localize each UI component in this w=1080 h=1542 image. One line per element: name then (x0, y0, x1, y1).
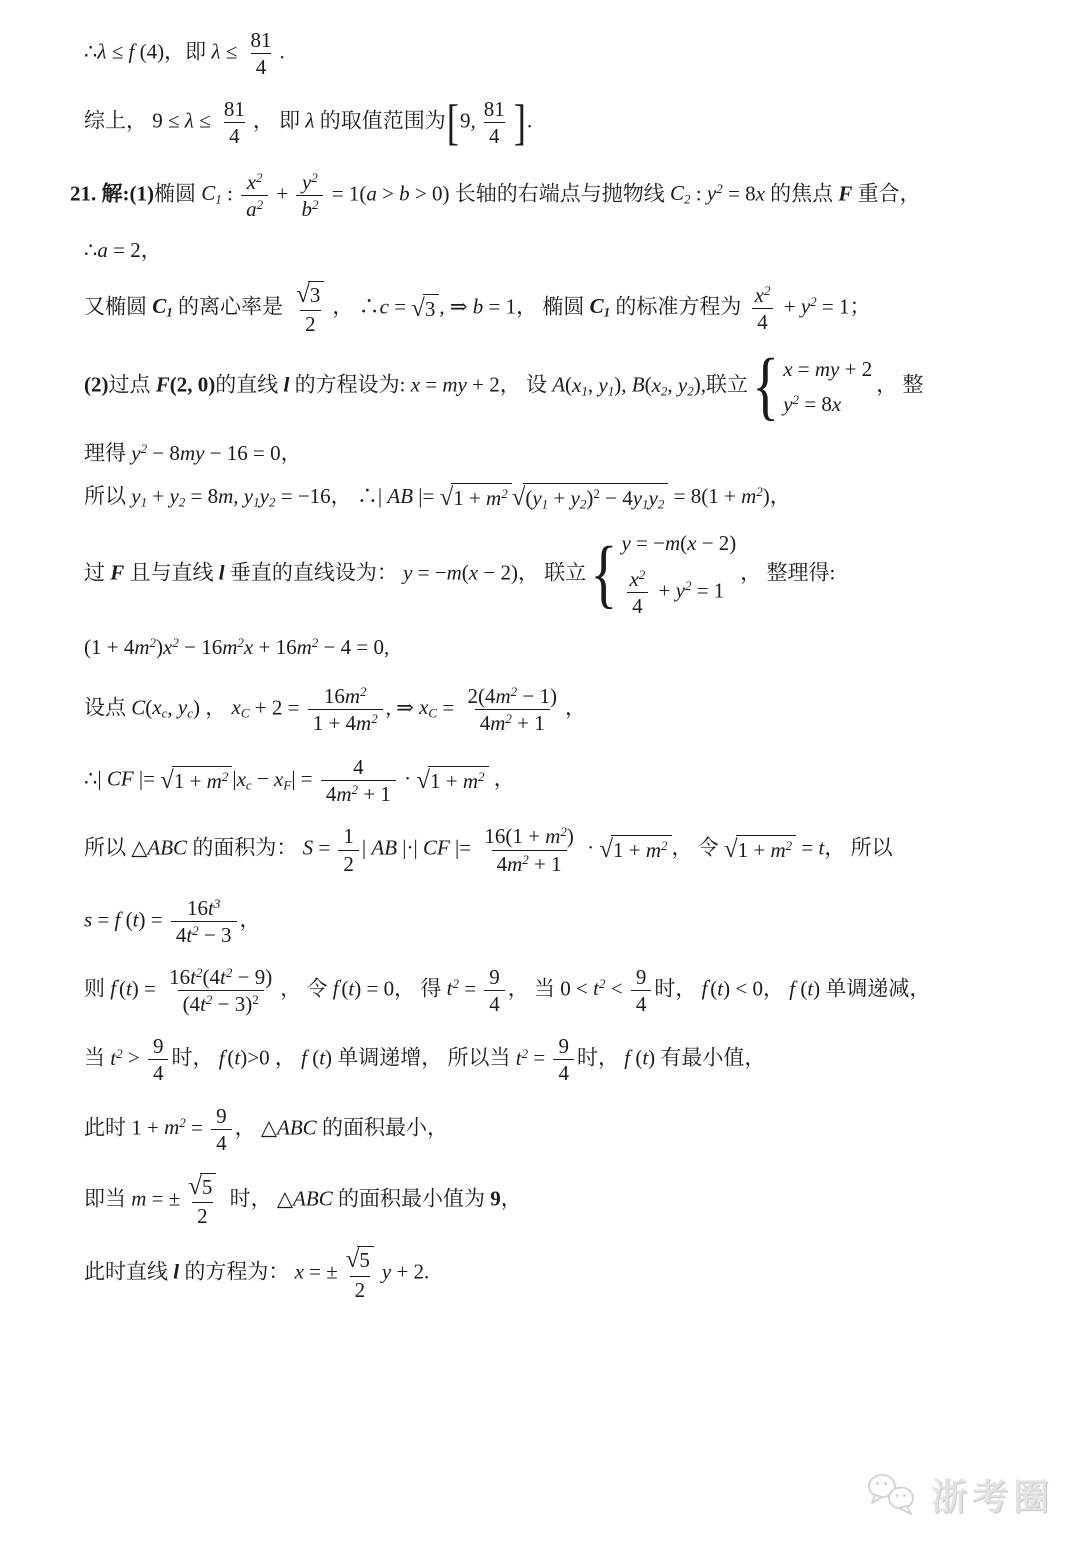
math-text: . (527, 109, 532, 133)
math-line-8: 所以 y1 + y2 = 8m, y1y2 = −16， ∴| AB |= √1… (84, 482, 1032, 514)
radicand: 1 + m2 (611, 835, 672, 864)
numerator: 9 (211, 1104, 232, 1129)
equation-row: x = my + 2 (783, 356, 872, 383)
math-line-14: s = f (t) = 16t34t2 − 3， (84, 894, 1032, 949)
math-text: + 2. (391, 1260, 429, 1284)
math-text: − 16 (179, 635, 222, 659)
math-text: ∴ (84, 39, 97, 63)
equation-row: y = −m(x − 2) (621, 530, 736, 557)
math-text: = (793, 357, 815, 381)
radicand: 3 (308, 281, 325, 307)
math-text: y2 (801, 294, 817, 318)
watermark: 浙考圈 (865, 1469, 1054, 1520)
math-text: ， (501, 1186, 522, 1210)
math-text: 1 + (613, 838, 646, 862)
math-text: 时， △ (224, 1186, 293, 1210)
math-text: 1 + (453, 486, 486, 510)
math-text: y2 (169, 484, 185, 508)
math-text: C1 (201, 181, 222, 205)
radicand: 1 + m2 (428, 766, 489, 795)
math-text: t2 (200, 992, 212, 1016)
math-text: ， 当 0 < (508, 976, 593, 1000)
math-text: + (271, 181, 293, 205)
math-text: = (528, 1046, 550, 1070)
math-text: x (756, 181, 765, 205)
math-text: + 1 (358, 782, 391, 806)
math-text: 当 (84, 1046, 110, 1070)
math-text: 的离心率是 (173, 294, 289, 318)
math-text: ∴| (84, 767, 107, 791)
radicand: 3 (423, 294, 440, 323)
math-line-12: ∴| CF |= √1 + m2|xc − xF| = 44m2 + 1 · √… (84, 753, 1032, 808)
superscript: 2 (661, 838, 668, 853)
math-text: ) (156, 635, 163, 659)
denominator: 4 (484, 122, 505, 148)
math-text: m2 (495, 684, 517, 708)
square-root: √1 + m2 (724, 834, 796, 866)
math-text: x1 (572, 373, 588, 397)
math-text: = (186, 1115, 208, 1139)
math-text: ( (307, 1046, 319, 1070)
math-text: F (838, 181, 852, 205)
math-text: y2 (649, 486, 665, 510)
math-text: − (252, 767, 274, 791)
denominator: a2 (241, 195, 268, 221)
denominator: 4 (148, 1059, 169, 1085)
math-text: x (244, 635, 253, 659)
math-text: : (691, 181, 707, 205)
math-text: + (147, 484, 169, 508)
math-text: C1 (590, 294, 611, 318)
math-text: y1 (532, 486, 548, 510)
math-text: t2 (516, 1046, 528, 1070)
math-text: λ (185, 109, 194, 133)
denominator: 4m2 + 1 (492, 850, 567, 876)
math-text: = (796, 836, 818, 860)
math-text: 椭圆 (154, 181, 201, 205)
math-text: y (382, 1260, 391, 1284)
math-text: 过 (84, 561, 110, 585)
math-text: > (377, 181, 399, 205)
math-text: my (815, 357, 840, 381)
math-text: + 1 (512, 711, 545, 735)
math-text: = (420, 373, 442, 397)
numerator: x2 (624, 567, 650, 592)
math-text: , (588, 373, 599, 397)
math-text: 9 (153, 1034, 164, 1058)
superscript: 2 (639, 566, 646, 581)
math-line-13: 所以 △ABC 的面积为： S = 12| AB |·| CF |= 16(1 … (84, 822, 1032, 877)
math-text: m2 (297, 635, 319, 659)
math-text: 4 (632, 594, 643, 618)
math-text: ABC (293, 1186, 333, 1210)
math-text: 2 (355, 1278, 366, 1302)
math-text: 4 (480, 711, 491, 735)
math-text: 4 (229, 124, 240, 148)
math-line-15: 则 f′(t) = 16t2(4t2 − 9)(4t2 − 3)2， 令 f′(… (84, 963, 1032, 1018)
fraction: 814 (479, 97, 510, 148)
math-text: = − (631, 531, 665, 555)
math-text: 时， (654, 976, 701, 1000)
math-text: 9 (216, 1104, 227, 1128)
math-text: ， 所以 (824, 836, 892, 860)
math-text: x (469, 561, 478, 585)
superscript: 2 (222, 769, 229, 784)
math-text: ) 有最小值， (648, 1046, 765, 1070)
big-bracket: [ (447, 98, 459, 148)
math-text: c (380, 294, 389, 318)
math-text: ≤ (220, 39, 242, 63)
math-text: 4 (256, 55, 267, 79)
math-text: A (552, 373, 565, 397)
math-text: y1 (244, 484, 260, 508)
math-text: 的方程设为: (289, 373, 410, 397)
math-text: ) 单调递减， (813, 976, 930, 1000)
math-text: (4 (203, 965, 221, 989)
equation-row: y2 = 8x (783, 391, 841, 418)
math-text: xC (231, 695, 249, 719)
math-text: 且与直线 (124, 561, 219, 585)
math-text: − 2) (696, 531, 736, 555)
math-text: 的标准方程为 (610, 294, 747, 318)
math-text: y2 (302, 170, 318, 194)
math-text: | (362, 836, 371, 860)
math-text: 81 (224, 97, 245, 121)
math-text: |= (134, 767, 161, 791)
math-text: x (411, 373, 420, 397)
math-text: |= (413, 484, 440, 508)
math-text: t2 (190, 965, 202, 989)
math-text: 时， (171, 1046, 218, 1070)
math-line-2: 综上， 9 ≤ λ ≤ 814， 即 λ 的取值范围为[9,814]. (84, 95, 1032, 150)
math-text: + (548, 486, 570, 510)
math-text: 4 (489, 992, 500, 1016)
math-text: ) = (132, 976, 161, 1000)
math-text: y1 (598, 373, 614, 397)
math-text: ( (462, 561, 469, 585)
wechat-chat-bubbles-icon (865, 1472, 921, 1518)
math-text: ) 单调递增， 所以当 (325, 1046, 516, 1070)
math-text: 16 (187, 896, 208, 920)
equation-rows: x = my + 2y2 = 8x (783, 356, 872, 418)
math-text: = (437, 695, 459, 719)
math-text: ， 整理得: (740, 561, 835, 585)
math-text: y1 (131, 484, 147, 508)
math-text: m (665, 531, 680, 555)
square-root: √1 + m2 (416, 765, 488, 797)
math-text: ( (645, 373, 652, 397)
math-text: x2 (652, 373, 668, 397)
math-text: · (399, 767, 417, 791)
math-text: = 8 (723, 181, 756, 205)
radicand: 1 + m2 (736, 835, 797, 864)
superscript: 2 (360, 684, 367, 699)
math-text: 16 (324, 684, 345, 708)
fraction: x2a2 (241, 170, 268, 221)
numerator: 16m2 (319, 684, 372, 709)
math-text: 所以 △ (84, 836, 147, 860)
math-text: (2, 0) (170, 373, 216, 397)
math-text: m2 (490, 711, 512, 735)
math-text: s (84, 907, 92, 931)
math-text: xc (152, 695, 167, 719)
math-text: m2 (164, 1115, 186, 1139)
math-text: y1 (633, 486, 649, 510)
math-text: ) ， (193, 695, 232, 719)
math-line-10: (1 + 4m2)x2 − 16m2x + 16m2 − 4 = 0, (84, 634, 1032, 662)
numerator: 81 (219, 97, 250, 122)
math-text: m2 (207, 769, 229, 793)
math-text: a (97, 238, 108, 262)
square-root: √5 (188, 1173, 216, 1201)
math-text: < (606, 976, 628, 1000)
math-text: (4 (183, 992, 201, 1016)
math-text: 设点 (84, 695, 131, 719)
math-text: = − (412, 561, 446, 585)
numerator: x2 (242, 170, 268, 195)
numerator: 9 (484, 965, 505, 990)
math-text: + 2 = (250, 695, 305, 719)
math-text: 81 (251, 28, 272, 52)
math-text: 过点 (109, 373, 156, 397)
math-text: 2(4 (467, 684, 495, 708)
superscript: 2 (764, 283, 771, 298)
subscript: C (428, 706, 437, 721)
math-text: ， △ (235, 1115, 277, 1139)
math-text: 16 (169, 965, 190, 989)
math-text: m2 (486, 486, 508, 510)
math-text: 9 (558, 1034, 569, 1058)
fraction: 94 (148, 1034, 169, 1085)
radicand: 1 + m2 (451, 483, 512, 512)
math-text: AB (371, 836, 397, 860)
fraction: √52 (183, 1173, 221, 1229)
math-text: m2 (336, 782, 358, 806)
math-line-1: ∴λ ≤ f (4)，即 λ ≤ 814. (84, 26, 1032, 81)
math-text: ( (119, 976, 126, 1000)
math-text: | (232, 767, 236, 791)
math-text: λ (305, 109, 314, 133)
denominator: 4m2 + 1 (321, 780, 396, 806)
math-text: 理得 (84, 441, 131, 465)
superscript: 2 (786, 838, 793, 853)
fraction: 814 (246, 28, 277, 79)
math-text: C (131, 695, 145, 719)
superscript: 2 (257, 197, 264, 212)
math-text: y2 (676, 578, 692, 602)
math-text: − 2)， 联立 (478, 561, 586, 585)
math-text: = (459, 976, 481, 1000)
math-text: ≤ (106, 39, 128, 63)
math-text: = 1 (691, 578, 724, 602)
numerator: 9 (553, 1034, 574, 1059)
math-text: , ⇒ (439, 294, 472, 318)
system-of-equations: {y = −m(x − 2)x24 + y2 = 1 (590, 530, 736, 620)
big-bracket: ] (514, 98, 526, 148)
math-text: 9, (460, 109, 476, 133)
math-text: )， (763, 484, 791, 508)
math-text: CF (107, 767, 134, 791)
superscript: 2 (371, 711, 378, 726)
math-text: F (156, 373, 170, 397)
math-text: a (366, 181, 377, 205)
math-text: 3 (310, 283, 321, 307)
math-text: t3 (208, 896, 220, 920)
math-text: ， (240, 907, 261, 931)
math-text: x2 (163, 635, 179, 659)
math-line-4: ∴a = 2， (84, 237, 1032, 265)
math-text: m2 (134, 635, 156, 659)
math-text: 即当 (84, 1186, 131, 1210)
left-brace: { (752, 349, 779, 426)
fraction: √52 (341, 1246, 379, 1302)
math-text: (1 + 4 (84, 635, 134, 659)
math-text: 的直线 (215, 373, 283, 397)
math-text: 1 + (738, 838, 771, 862)
math-text: ABC (147, 836, 187, 860)
math-text: , (167, 695, 178, 719)
denominator: 2 (350, 1276, 371, 1302)
math-text: = −16， ∴| (275, 484, 387, 508)
math-text: y (621, 531, 630, 555)
math-text: ( (565, 373, 572, 397)
left-brace: { (590, 537, 617, 614)
superscript: 3 (214, 896, 221, 911)
math-text: xc (237, 767, 252, 791)
math-text: 2 (343, 852, 354, 876)
math-text: = ± (146, 1186, 180, 1210)
math-text: y2 (707, 181, 723, 205)
denominator: 4 (553, 1059, 574, 1085)
fraction: 44m2 + 1 (321, 755, 396, 806)
fraction: 16(1 + m2)4m2 + 1 (479, 824, 579, 875)
math-text: 的取值范围为 (315, 109, 446, 133)
math-text: AB (387, 484, 413, 508)
math-text: + 16 (253, 635, 296, 659)
math-text: − 16 = 0， (204, 441, 301, 465)
math-text: ， ∴ (332, 294, 379, 318)
brand-text: 浙考圈 (931, 1469, 1054, 1520)
math-text: 又椭圆 (84, 294, 152, 318)
math-text: = 1， 椭圆 (483, 294, 589, 318)
denominator: 4t2 − 3 (171, 921, 237, 947)
math-text: F (110, 561, 124, 585)
math-text: ， 令 (672, 836, 725, 860)
math-text: > (123, 1046, 145, 1070)
math-text: = (313, 836, 335, 860)
radicand: (y1 + y2)2 − 4y1y2 (523, 483, 668, 512)
superscript: 2 (311, 169, 318, 184)
math-line-7: 理得 y2 − 8my − 16 = 0， (84, 440, 1032, 468)
fraction: x24 (624, 567, 650, 618)
numerator: 16t3 (182, 896, 225, 921)
superscript: 2 (501, 486, 508, 501)
math-text: 9 (490, 1186, 501, 1210)
math-line-18: 即当 m = ±√52 时， △ABC 的面积最小值为 9， (84, 1171, 1032, 1231)
superscript: 2 (256, 169, 263, 184)
math-text: y2 (783, 392, 799, 416)
math-text: 21. 解:(1) (70, 181, 154, 205)
numerator: 2(4m2 − 1) (462, 684, 562, 709)
fraction: 94 (484, 965, 505, 1016)
math-text: ≤ (194, 109, 216, 133)
math-text: ) (567, 824, 574, 848)
math-text: m2 (345, 684, 367, 708)
math-text: = 8 (799, 392, 832, 416)
math-text: , (233, 484, 244, 508)
math-text: C2 (670, 181, 691, 205)
math-text: ) = (138, 907, 167, 931)
math-text: 4 (353, 755, 364, 779)
math-text: , (667, 373, 678, 397)
math-text: 此时直线 (84, 1260, 173, 1284)
denominator: 4 (484, 990, 505, 1016)
math-text: m (218, 484, 233, 508)
math-text: b2 (301, 197, 318, 221)
square-root: √3 (296, 281, 324, 309)
math-text: 3 (425, 297, 436, 321)
math-text: xF (274, 767, 291, 791)
math-text: = (92, 907, 114, 931)
subscript: 1 (253, 494, 260, 509)
math-text: − 3 (199, 923, 232, 947)
math-text: ) < 0， (723, 976, 789, 1000)
superscript: 2 (312, 197, 319, 212)
math-text: 1 + (430, 769, 463, 793)
math-line-19: 此时直线 l 的方程为： x = ±√52y + 2. (84, 1244, 1032, 1304)
math-text: + 2， 设 (467, 373, 552, 397)
denominator: 4 (224, 122, 245, 148)
fraction: √32 (291, 281, 329, 337)
math-text: 2 (305, 312, 316, 336)
denominator: b2 (296, 195, 323, 221)
math-text: 1 + (174, 769, 207, 793)
math-line-17: 此时 1 + m2 = 94， △ABC 的面积最小， (84, 1102, 1032, 1157)
numerator: 81 (479, 97, 510, 122)
math-text: t2 (220, 965, 232, 989)
math-text: 的方程为： (179, 1260, 295, 1284)
math-text: y2 (131, 441, 147, 465)
math-text: | = (291, 767, 318, 791)
math-text: = ± (304, 1260, 338, 1284)
math-text: 的焦点 (765, 181, 839, 205)
math-text: m2 (741, 484, 763, 508)
subscript: 2 (658, 496, 665, 511)
math-text: : (222, 181, 238, 205)
math-text: m2 (507, 852, 529, 876)
denominator: 2 (192, 1202, 213, 1228)
math-text: ), (614, 373, 632, 397)
math-text: CF (423, 836, 450, 860)
math-text: 的面积最小值为 (333, 1186, 491, 1210)
math-text: 4 (176, 923, 187, 947)
math-text: 的面积为： (187, 836, 303, 860)
math-line-16: 当 t2 > 94时， f′(t)>0 ， f (t) 单调递增， 所以当 t2… (84, 1032, 1032, 1087)
math-text: ( (120, 907, 132, 931)
math-text: ∴ (84, 238, 97, 262)
denominator: 4 (211, 1129, 232, 1155)
subscript: C (241, 706, 250, 721)
numerator: 1 (338, 824, 359, 849)
math-text: ， 即 (253, 109, 306, 133)
math-text: t2 (447, 976, 459, 1000)
math-text: t2 (110, 1046, 122, 1070)
math-text: t2 (593, 976, 605, 1000)
math-text: my (180, 441, 205, 465)
denominator: 4 (631, 990, 652, 1016)
math-text: − 9) (232, 965, 272, 989)
numerator: 9 (631, 965, 652, 990)
